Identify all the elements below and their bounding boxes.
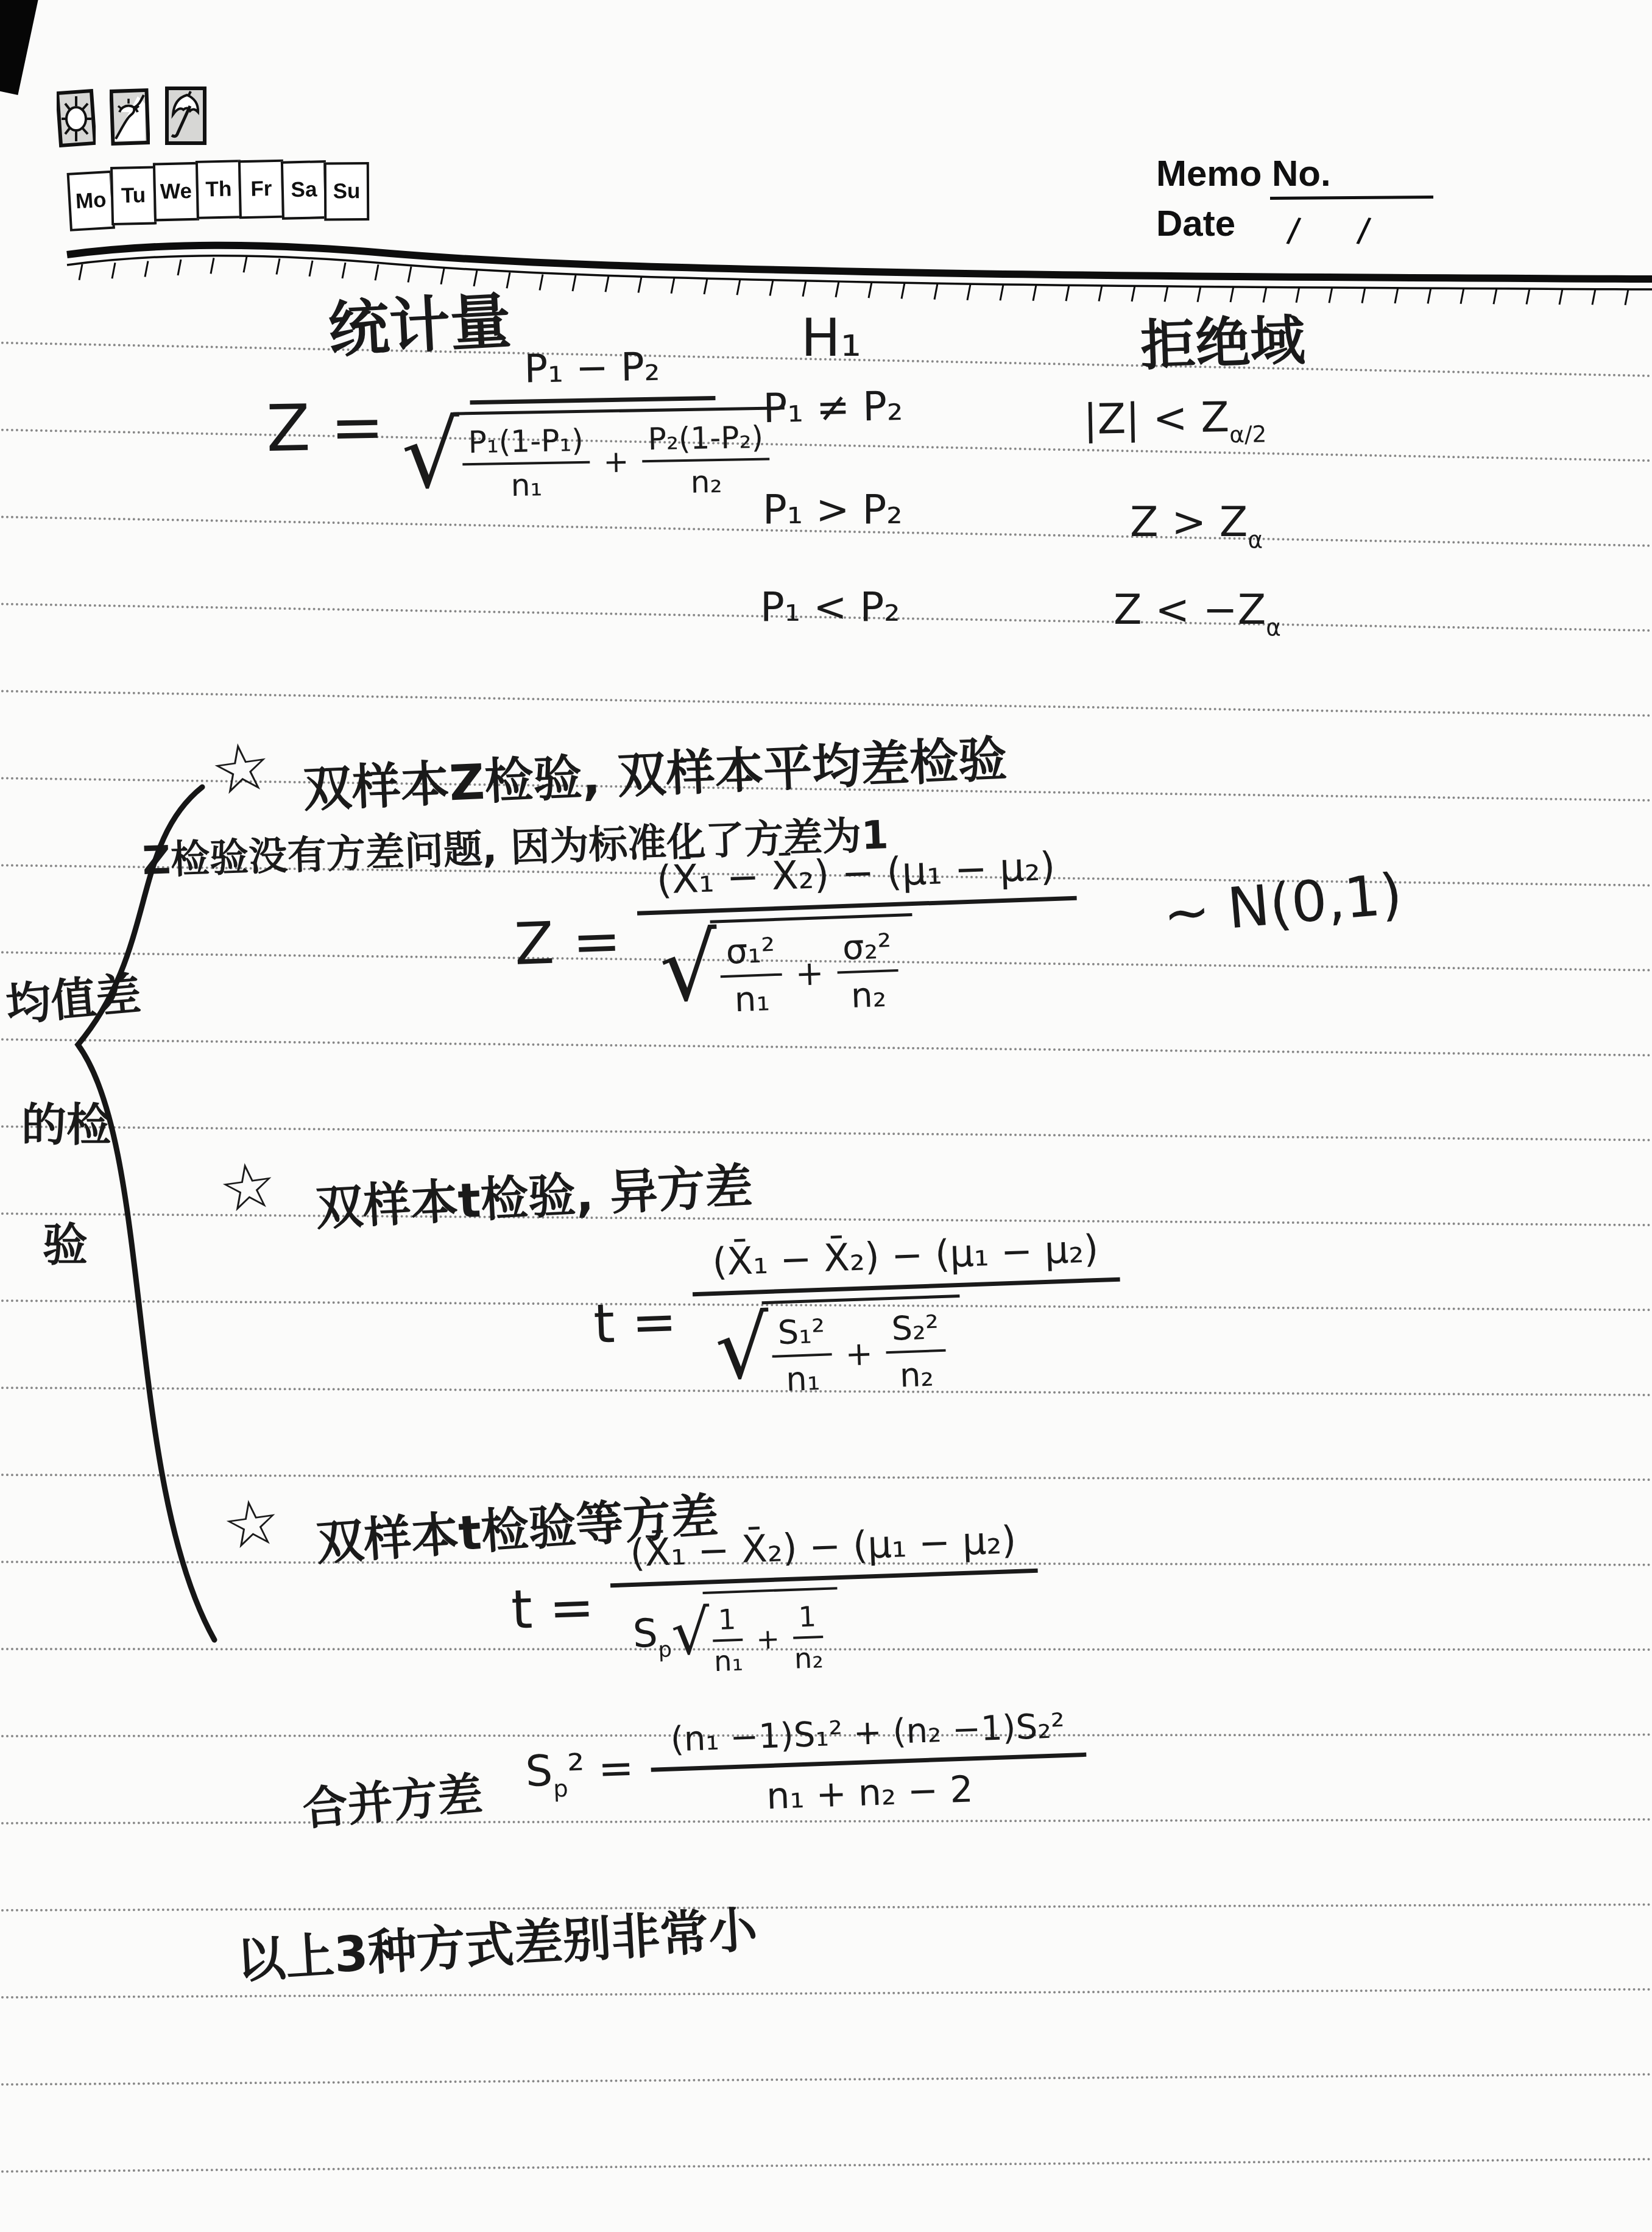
pooled-variance-formula: Sp² = (n₁ −1)S₁² + (n₂ −1)S₂² n₁ + n₂ − … <box>524 1704 1089 1826</box>
radical-sign: √ <box>671 1611 711 1655</box>
term1-den: n₁ <box>785 1356 821 1399</box>
pooled-denominator: n₁ + n₂ − 2 <box>766 1761 974 1818</box>
pooled-lhs: Sp² = <box>524 1743 635 1804</box>
term1-num: S₁² <box>771 1312 832 1357</box>
radical-sign: √ <box>715 1318 771 1379</box>
term2-den: n₂ <box>794 1638 824 1675</box>
t-eq-lhs: t = <box>510 1575 596 1641</box>
star-bullet-3: ☆ <box>218 1483 285 1565</box>
term2-den: n₂ <box>899 1352 934 1395</box>
margin-brace <box>0 0 1652 2232</box>
term2-num: S₂² <box>884 1308 945 1354</box>
term2-num: 1 <box>792 1600 823 1639</box>
term1-num: 1 <box>711 1603 743 1642</box>
term1-den: n₁ <box>713 1641 744 1678</box>
star-bullet-2: ☆ <box>214 1146 281 1228</box>
plus-sign: + <box>756 1622 780 1656</box>
t-unequal-variance-formula: t = (X̄₁ − X̄₂) − (μ₁ − μ₂) √ S₁²n₁ + S₂… <box>591 1224 1124 1405</box>
t-equal-variance-formula: t = (X̄₁ − X̄₂) − (μ₁ − μ₂) Sp √ 1n₁ + 1… <box>509 1516 1041 1685</box>
pooled-sd-symbol: Sp <box>632 1611 672 1664</box>
t-uneq-lhs: t = <box>593 1290 678 1355</box>
notebook-memo-page: Mo Tu We Th Fr Sa Su Memo No. Date / / 统… <box>0 0 1652 2232</box>
plus-sign: + <box>845 1333 874 1373</box>
